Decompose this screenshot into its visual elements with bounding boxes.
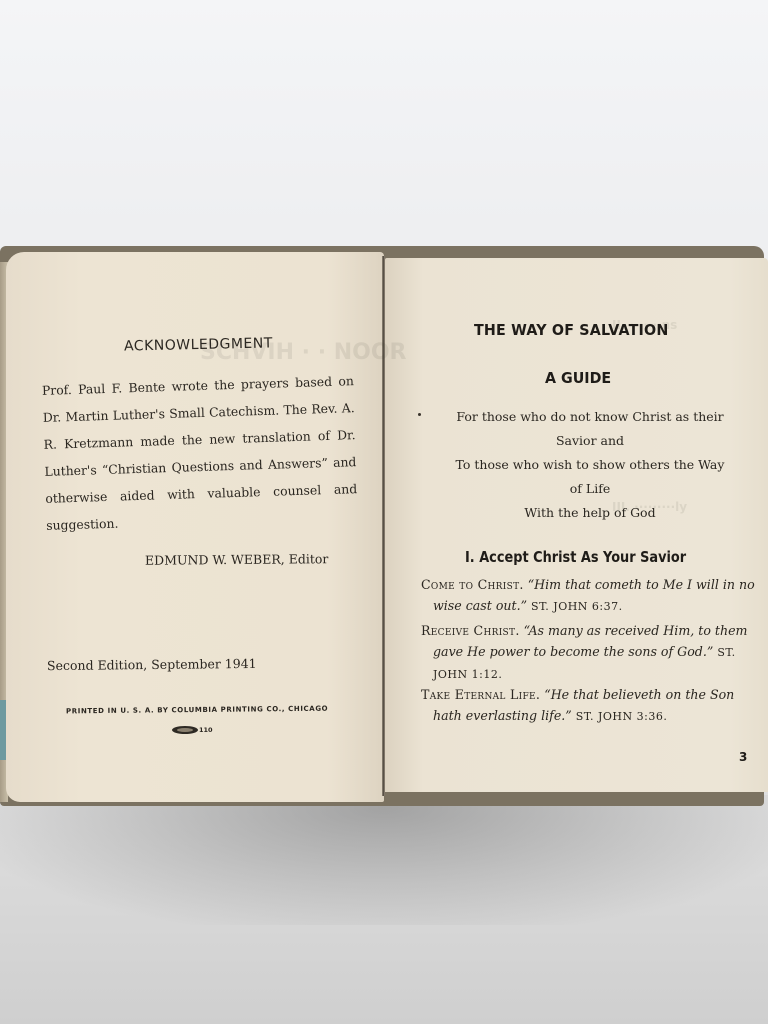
verse-reference: ST. JOHN 6:37.: [531, 600, 623, 613]
guide-intro: For those who do not know Christ as thei…: [420, 405, 760, 525]
guide-line: Savior and: [420, 429, 760, 453]
acknowledgment-text: Prof. Paul F. Bente wrote the prayers ba…: [42, 367, 359, 539]
edition-line: Second Edition, September 1941: [47, 656, 257, 673]
book-shadow: [0, 795, 768, 925]
verse-lead: Take Eternal Life.: [421, 687, 540, 702]
guide-line: To those who wish to show others the Way: [420, 453, 760, 477]
verse-item: Take Eternal Life. “He that believeth on…: [421, 684, 759, 727]
verse-lead: Receive Christ.: [421, 623, 520, 638]
union-bug-icon: [172, 726, 198, 734]
verse-reference: ST. JOHN 3:36.: [576, 710, 668, 723]
book-gutter: [382, 256, 385, 796]
guide-line: For those who do not know Christ as thei…: [420, 405, 760, 429]
editor-credit: EDMUND W. WEBER, Editor: [145, 551, 328, 568]
union-label-number: 110: [199, 726, 213, 734]
section-heading: I. Accept Christ As Your Savior: [465, 548, 686, 566]
verse-lead: Come to Christ.: [421, 577, 524, 592]
union-label: 110: [172, 726, 213, 734]
page-number: 3: [739, 750, 747, 764]
verse-item: Come to Christ. “Him that cometh to Me I…: [421, 574, 759, 617]
page-title: THE WAY OF SALVATION: [474, 321, 668, 339]
verse-item: Receive Christ. “As many as received Him…: [421, 620, 759, 685]
acknowledgment-heading: ACKNOWLEDGMENT: [124, 335, 273, 354]
page-subtitle: A GUIDE: [545, 369, 611, 387]
guide-line: With the help of God: [420, 501, 760, 525]
guide-line: of Life: [420, 477, 760, 501]
